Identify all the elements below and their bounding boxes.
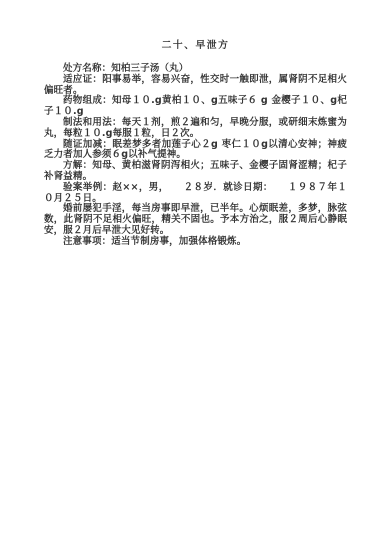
paragraph-precautions: 注意事项：适当节制房事，加强体格锻炼。 — [44, 237, 347, 248]
document-title: 二十、早泄方 — [44, 37, 347, 51]
paragraph-case-example-header: 验案举例：赵××，男， ２８岁．就诊日期： １９８７年１０月２５日。 — [44, 183, 347, 205]
document-page: 二十、早泄方 处方名称：知柏三子汤（丸） 适应证：阳事易举，容易兴奋，性交时一触… — [0, 0, 390, 546]
paragraph-preparation-usage: 制法和用法：每天１剂，煎２遍和匀，早晚分服，或研细末炼蜜为丸，每粒１０.g每服１… — [44, 118, 347, 140]
paragraph-indications: 适应证：阳事易举，容易兴奋，性交时一触即泄，属肾阴不足相火偏旺者。 — [44, 75, 347, 97]
paragraph-formula-explanation: 方解：知母、黄柏滋肾阴泻相火；五味子、金樱子固肾涩精；杞子补肾益精。 — [44, 161, 347, 183]
paragraph-modifications: 随证加减：眠差梦多者加莲子心２g 枣仁１０g以清心安神；神疲乏力者加人参须６g以… — [44, 140, 347, 162]
paragraph-case-description: 婚前屡犯手淫，每当房事即早泄，已半年。心烦眠差，多梦，脉弦数，此肾阴不足相火偏旺… — [44, 204, 347, 236]
paragraph-composition: 药物组成：知母１０.g黄柏１０、g五味子６ g 金樱子１０、g杞子１０.g — [44, 96, 347, 118]
